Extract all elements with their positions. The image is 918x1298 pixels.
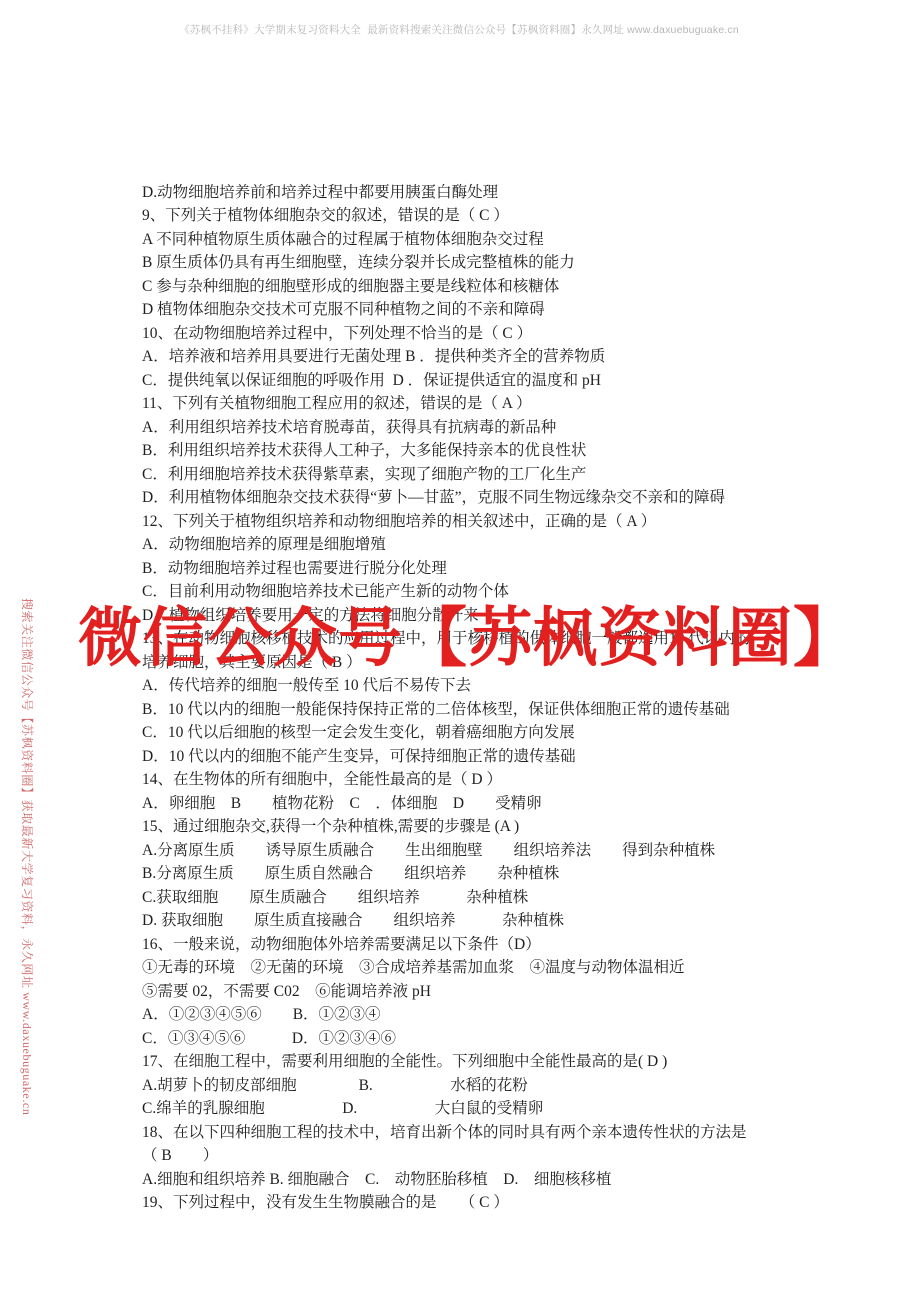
text-line: 16、一般来说，动物细胞体外培养需要满足以下条件（D） xyxy=(142,933,822,957)
text-line: D. 获取细胞 原生质直接融合 组织培养 杂种植株 xyxy=(142,909,822,933)
side-vertical-watermark-text: 搜索关注微信公众号【苏枫资料圈】获取最新大学复习资料，永久网址 www.daxu… xyxy=(19,598,36,1115)
page-header-watermark-text: 《苏枫不挂科》大学期末复习资料大全 最新资料搜索关注微信公众号【苏枫资料圈】永久… xyxy=(0,22,918,37)
center-red-watermark-text: 微信公众号【苏枫资料圈】 xyxy=(78,596,858,682)
text-line: C 参与杂种细胞的细胞壁形成的细胞器主要是线粒体和核糖体 xyxy=(142,275,822,299)
text-line: 15、通过细胞杂交,获得一个杂种植株,需要的步骤是 (A ) xyxy=(142,815,822,839)
text-line: D.动物细胞培养前和培养过程中都要用胰蛋白酶处理 xyxy=(142,181,822,205)
text-line: 14、在生物体的所有细胞中，全能性最高的是（ D ） xyxy=(142,768,822,792)
text-line: 12、下列关于植物组织培养和动物细胞培养的相关叙述中，正确的是（ A ） xyxy=(142,510,822,534)
text-line: 10、在动物细胞培养过程中，下列处理不恰当的是（ C ） xyxy=(142,322,822,346)
text-line: D．10 代以内的细胞不能产生变异，可保持细胞正常的遗传基础 xyxy=(142,745,822,769)
text-line: D 植物体细胞杂交技术可克服不同种植物之间的不亲和障碍 xyxy=(142,298,822,322)
text-line: 17、在细胞工程中，需要利用细胞的全能性。下列细胞中全能性最高的是( D ) xyxy=(142,1050,822,1074)
text-line: B 原生质体仍具有再生细胞壁，连续分裂并长成完整植株的能力 xyxy=(142,251,822,275)
text-line: C．提供纯氧以保证细胞的呼吸作用 D ．保证提供适宜的温度和 pH xyxy=(142,369,822,393)
text-line: B．利用组织培养技术获得人工种子，大多能保持亲本的优良性状 xyxy=(142,439,822,463)
text-line: A．动物细胞培养的原理是细胞增殖 xyxy=(142,533,822,557)
text-line: C．①③④⑤⑥ D．①②③④⑥ xyxy=(142,1027,822,1051)
text-line: 19、下列过程中，没有发生生物膜融合的是 （ C ） xyxy=(142,1191,822,1215)
text-line: D．利用植物体细胞杂交技术获得“萝卜—甘蓝”，克服不同生物远缘杂交不亲和的障碍 xyxy=(142,486,822,510)
text-line: A.细胞和组织培养 B. 细胞融合 C. 动物胚胎移植 D. 细胞核移植 xyxy=(142,1168,822,1192)
text-line: 11、下列有关植物细胞工程应用的叙述，错误的是（ A ） xyxy=(142,392,822,416)
text-line: A 不同种植物原生质体融合的过程属于植物体细胞杂交过程 xyxy=(142,228,822,252)
document-page: 《苏枫不挂科》大学期末复习资料大全 最新资料搜索关注微信公众号【苏枫资料圈】永久… xyxy=(0,0,918,1298)
text-line: A．培养液和培养用具要进行无菌处理 B ．提供种类齐全的营养物质 xyxy=(142,345,822,369)
text-line: B．动物细胞培养过程也需要进行脱分化处理 xyxy=(142,557,822,581)
text-line: A．①②③④⑤⑥ B．①②③④ xyxy=(142,1003,822,1027)
text-line: （ B ） xyxy=(142,1144,822,1168)
text-line: 18、在以下四种细胞工程的技术中，培育出新个体的同时具有两个亲本遗传性状的方法是 xyxy=(142,1121,822,1145)
text-line: A.胡萝卜的韧皮部细胞 B. 水稻的花粉 xyxy=(142,1074,822,1098)
text-line: 9、下列关于植物体细胞杂交的叙述，错误的是（ C ） xyxy=(142,204,822,228)
text-line: C.获取细胞 原生质融合 组织培养 杂种植株 xyxy=(142,886,822,910)
text-line: B．10 代以内的细胞一般能保持保持正常的二倍体核型，保证供体细胞正常的遗传基础 xyxy=(142,698,822,722)
text-line: ⑤需要 02，不需要 C02 ⑥能调培养液 pH xyxy=(142,980,822,1004)
text-line: C.绵羊的乳腺细胞 D. 大白鼠的受精卵 xyxy=(142,1097,822,1121)
text-line: A.分离原生质 诱导原生质融合 生出细胞壁 组织培养法 得到杂种植株 xyxy=(142,839,822,863)
text-line: ①无毒的环境 ②无菌的环境 ③合成培养基需加血浆 ④温度与动物体温相近 xyxy=(142,956,822,980)
text-line: A．利用组织培养技术培育脱毒苗，获得具有抗病毒的新品种 xyxy=(142,416,822,440)
text-line: C．利用细胞培养技术获得紫草素，实现了细胞产物的工厂化生产 xyxy=(142,463,822,487)
text-line: A．卵细胞 B 植物花粉 C ．体细胞 D 受精卵 xyxy=(142,792,822,816)
text-line: C．10 代以后细胞的核型一定会发生变化，朝着癌细胞方向发展 xyxy=(142,721,822,745)
text-line: B.分离原生质 原生质自然融合 组织培养 杂种植株 xyxy=(142,862,822,886)
